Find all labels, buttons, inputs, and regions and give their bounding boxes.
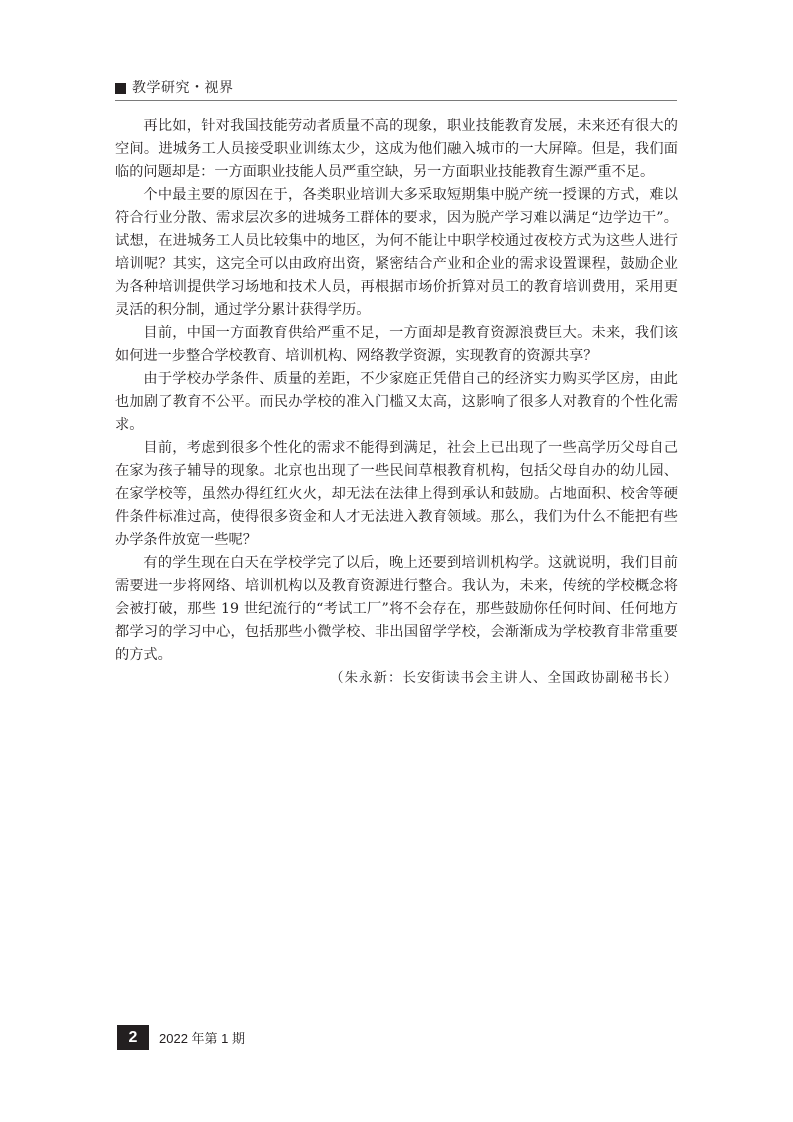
paragraph: 由于学校办学条件、质量的差距，不少家庭正凭借自己的经济实力购买学区房，由此也加剧…	[115, 368, 678, 437]
issue-label: 2022 年第 1 期	[159, 1028, 245, 1047]
paragraph: 再比如，针对我国技能劳动者质量不高的现象，职业技能教育发展，未来还有很大的空间。…	[115, 115, 678, 184]
page-footer: 2 2022 年第 1 期	[117, 1025, 245, 1050]
paragraph: 有的学生现在白天在学校学完了以后，晚上还要到培训机构学。这就说明，我们目前需要进…	[115, 552, 678, 667]
paragraph: 目前，中国一方面教育供给严重不足，一方面却是教育资源浪费巨大。未来，我们该如何进…	[115, 322, 678, 368]
article-body: 再比如，针对我国技能劳动者质量不高的现象，职业技能教育发展，未来还有很大的空间。…	[115, 115, 678, 690]
page-number: 2	[117, 1025, 149, 1050]
paragraph: 个中最主要的原因在于，各类职业培训大多采取短期集中脱产统一授课的方式，难以符合行…	[115, 184, 678, 322]
section-title: 教学研究・视界	[132, 77, 234, 97]
running-header: 教学研究・视界	[115, 78, 677, 101]
black-square-icon	[115, 83, 126, 94]
author-signature: （朱永新：长安街读书会主讲人、全国政协副秘书长）	[115, 667, 678, 690]
paragraph: 目前，考虑到很多个性化的需求不能得到满足，社会上已出现了一些高学历父母自己在家为…	[115, 437, 678, 552]
